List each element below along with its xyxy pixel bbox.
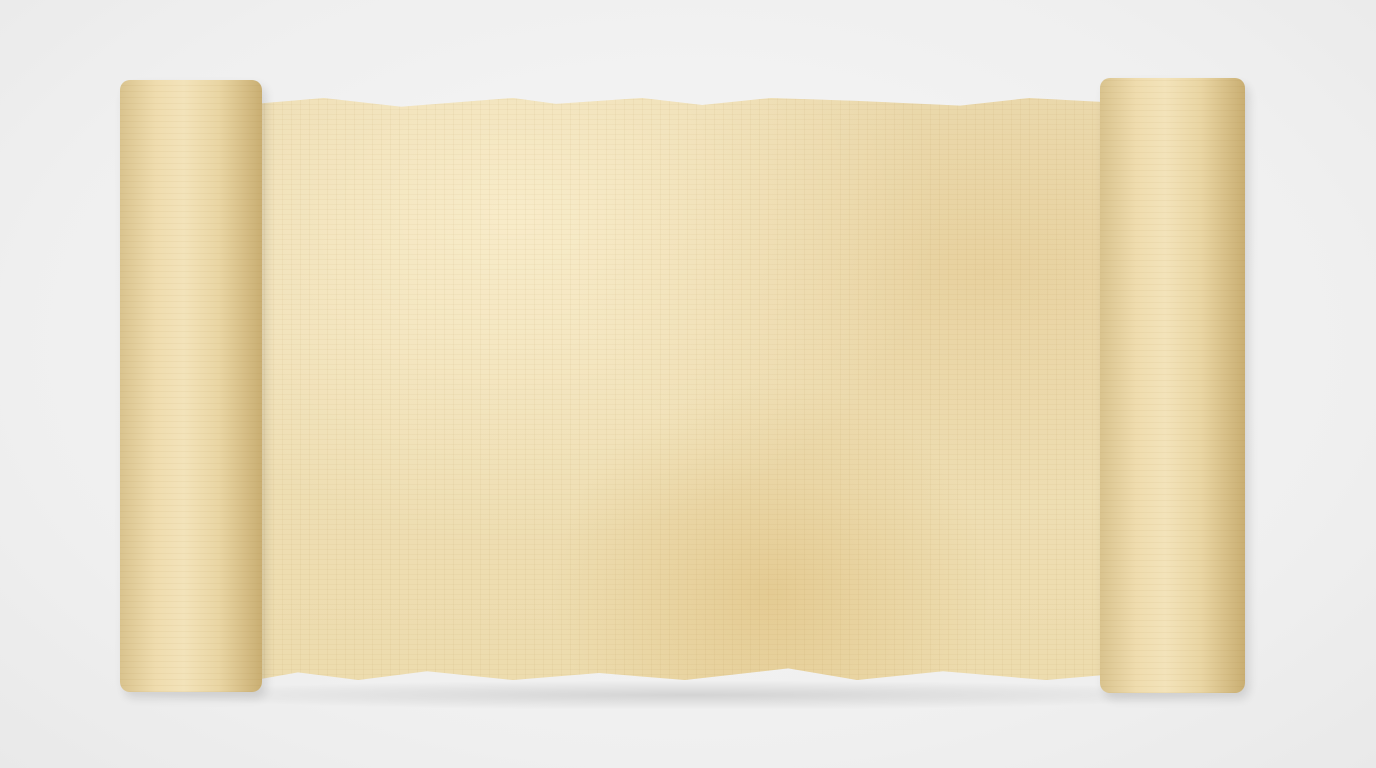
left-scroll-roll <box>120 80 262 692</box>
scroll-shadow <box>130 680 1250 710</box>
right-scroll-roll <box>1100 78 1245 693</box>
scroll-sheet <box>255 98 1115 680</box>
